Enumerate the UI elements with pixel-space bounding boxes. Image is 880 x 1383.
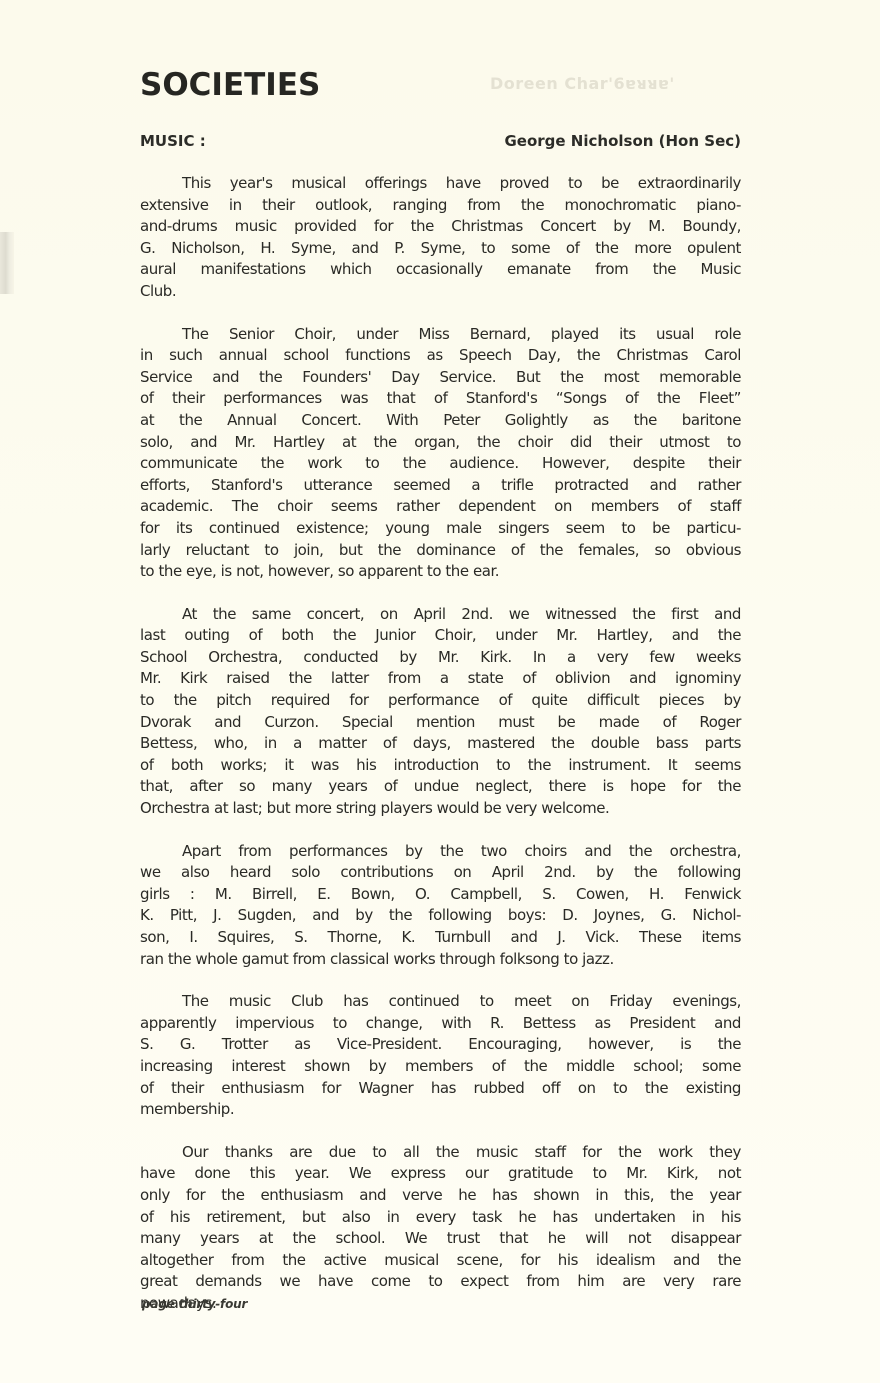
text-line: to the eye, is not, however, so apparent… (140, 561, 741, 583)
text-line: Bettess, who, in a matter of days, maste… (140, 733, 741, 755)
section-header: MUSIC : George Nicholson (Hon Sec) (140, 130, 741, 152)
paragraph: Our thanks are due to all the music staf… (140, 1142, 741, 1315)
article-body: This year's musical offerings have prove… (140, 173, 741, 1336)
text-line: increasing interest shown by members of … (140, 1056, 741, 1078)
text-line: have done this year. We express our grat… (140, 1163, 741, 1185)
text-line: larly reluctant to join, but the dominan… (140, 540, 741, 562)
text-line: of both works; it was his introduction t… (140, 755, 741, 777)
paragraph: The Senior Choir, under Miss Bernard, pl… (140, 324, 741, 583)
text-line: for its continued existence; young male … (140, 518, 741, 540)
page-number: page thirty-four (142, 1297, 247, 1311)
text-line: girls : M. Birrell, E. Bown, O. Campbell… (140, 884, 741, 906)
text-line: apparently impervious to change, with R.… (140, 1013, 741, 1035)
section-name: MUSIC : (140, 130, 206, 152)
text-line: only for the enthusiasm and verve he has… (140, 1185, 741, 1207)
text-line: last outing of both the Junior Choir, un… (140, 625, 741, 647)
text-line: we also heard solo contributions on Apri… (140, 862, 741, 884)
text-line: Service and the Founders' Day Service. B… (140, 367, 741, 389)
text-line: aural manifestations which occasionally … (140, 259, 741, 281)
text-line: Our thanks are due to all the music staf… (140, 1142, 741, 1164)
text-line: that, after so many years of undue negle… (140, 776, 741, 798)
text-line: At the same concert, on April 2nd. we wi… (140, 604, 741, 626)
paragraph: This year's musical offerings have prove… (140, 173, 741, 303)
text-line: Mr. Kirk raised the latter from a state … (140, 668, 741, 690)
text-line: The music Club has continued to meet on … (140, 991, 741, 1013)
text-line: at the Annual Concert. With Peter Goligh… (140, 410, 741, 432)
page-title: SOCIETIES (140, 63, 320, 107)
text-line: Orchestra at last; but more string playe… (140, 798, 741, 820)
text-line: many years at the school. We trust that … (140, 1228, 741, 1250)
text-line: membership. (140, 1099, 741, 1121)
section-author: George Nicholson (Hon Sec) (504, 130, 741, 152)
text-line: to the pitch required for performance of… (140, 690, 741, 712)
text-line: extensive in their outlook, ranging from… (140, 195, 741, 217)
paragraph: The music Club has continued to meet on … (140, 991, 741, 1121)
text-line: great demands we have come to expect fro… (140, 1271, 741, 1293)
bleed-through-text: Doreen Char'6ɐᴚᴚɐ' (490, 74, 675, 93)
text-line: The Senior Choir, under Miss Bernard, pl… (140, 324, 741, 346)
text-line: altogether from the active musical scene… (140, 1250, 741, 1272)
paragraph: At the same concert, on April 2nd. we wi… (140, 604, 741, 820)
text-line: son, I. Squires, S. Thorne, K. Turnbull … (140, 927, 741, 949)
text-line: S. G. Trotter as Vice-President. Encoura… (140, 1034, 741, 1056)
text-line: K. Pitt, J. Sugden, and by the following… (140, 905, 741, 927)
document-page: Doreen Char'6ɐᴚᴚɐ' SOCIETIES MUSIC : Geo… (0, 0, 880, 1383)
text-line: of their enthusiasm for Wagner has rubbe… (140, 1078, 741, 1100)
text-line: of their performances was that of Stanfo… (140, 388, 741, 410)
text-line: ran the whole gamut from classical works… (140, 949, 741, 971)
text-line: Club. (140, 281, 741, 303)
text-line: This year's musical offerings have prove… (140, 173, 741, 195)
text-line: Dvorak and Curzon. Special mention must … (140, 712, 741, 734)
text-line: solo, and Mr. Hartley at the organ, the … (140, 432, 741, 454)
text-line: G. Nicholson, H. Syme, and P. Syme, to s… (140, 238, 741, 260)
text-line: academic. The choir seems rather depende… (140, 496, 741, 518)
text-line: of his retirement, but also in every tas… (140, 1207, 741, 1229)
text-line: in such annual school functions as Speec… (140, 345, 741, 367)
paragraph: Apart from performances by the two choir… (140, 841, 741, 971)
text-line: communicate the work to the audience. Ho… (140, 453, 741, 475)
text-line: and-drums music provided for the Christm… (140, 216, 741, 238)
text-line: School Orchestra, conducted by Mr. Kirk.… (140, 647, 741, 669)
text-line: efforts, Stanford's utterance seemed a t… (140, 475, 741, 497)
scan-edge-shadow (0, 232, 14, 294)
text-line: Apart from performances by the two choir… (140, 841, 741, 863)
